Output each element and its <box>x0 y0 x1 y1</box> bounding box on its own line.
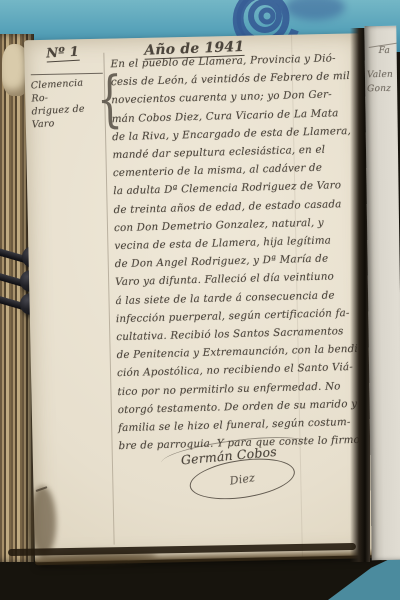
margin-name-line: Varo <box>31 114 104 131</box>
photo-of-parish-register: Año de 1941 Nº 1 Clemencia Ro- driguez d… <box>0 0 400 600</box>
margin-name-line: Clemencia Ro- <box>30 75 103 105</box>
right-page-fragment: Fa <box>379 46 391 56</box>
record-body-text: En el pueblo de Llamera, Provincia y Dió… <box>110 49 363 455</box>
worn-edge-smudge <box>29 486 56 557</box>
right-page-fragment: Valen <box>367 70 393 80</box>
manuscript-left-page: Año de 1941 Nº 1 Clemencia Ro- driguez d… <box>24 33 373 562</box>
priest-signature-surname: Diez <box>229 471 256 487</box>
entry-number: Nº 1 <box>46 45 80 63</box>
manuscript-right-page-sliver: Fa Valen Gonz <box>364 26 400 560</box>
right-page-fragment: Gonz <box>367 84 391 94</box>
margin-deceased-name: Clemencia Ro- driguez de Varo <box>31 73 104 130</box>
